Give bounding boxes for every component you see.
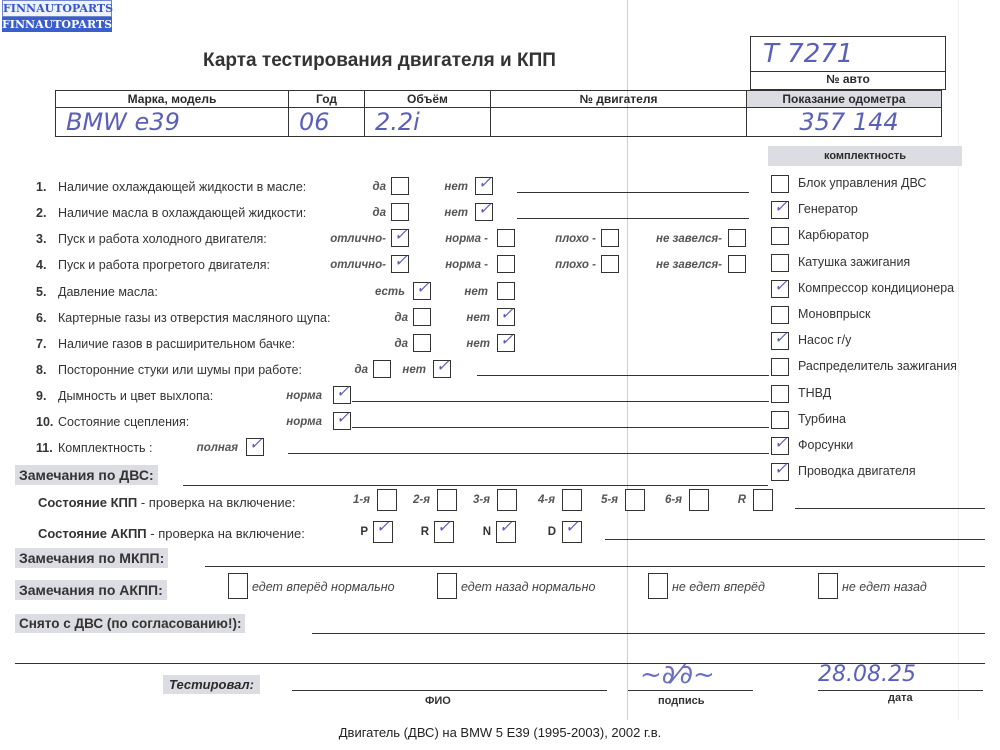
question-number: 8. (36, 363, 58, 377)
option-label: нет (390, 207, 468, 219)
date-label: дата (888, 692, 913, 704)
gear-checkbox[interactable] (562, 489, 582, 511)
auto-number-box: Т 7271 № авто (750, 36, 946, 90)
question-text: 5.Давление масла: (36, 285, 158, 299)
mkpp-remarks-line[interactable] (205, 566, 985, 567)
option-checkbox[interactable]: ✓ (333, 386, 351, 404)
completeness-checkbox[interactable]: ✓ (771, 201, 789, 219)
notes-line[interactable] (477, 375, 769, 376)
gear-label: P (330, 526, 368, 538)
check-mark-icon: ✓ (499, 517, 512, 537)
option-checkbox[interactable] (728, 255, 746, 273)
completeness-checkbox[interactable] (771, 411, 789, 429)
option-label: есть (327, 286, 405, 298)
check-mark-icon: ✓ (394, 251, 407, 271)
question-text: 4.Пуск и работа прогретого двигателя: (36, 258, 270, 272)
gear-checkbox[interactable] (625, 489, 645, 511)
akpp-option-checkbox[interactable] (648, 573, 668, 599)
question-text: 6.Картерные газы из отверстия масляного … (36, 311, 330, 325)
option-label: да (330, 312, 408, 324)
image-caption: Двигатель (ДВС) на BMW 5 E39 (1995-2003)… (0, 725, 1000, 740)
option-label: норма (244, 390, 322, 402)
question-label: Посторонние стуки или шумы при работе: (58, 363, 302, 377)
option-checkbox[interactable] (497, 282, 515, 300)
signature-mark: ~∂⁄∂~ (640, 660, 715, 690)
gear-checkbox[interactable]: ✓ (496, 521, 516, 543)
make-model-value: BMW e39 (56, 108, 289, 137)
option-label: нет (412, 338, 490, 350)
engine-number-value (491, 108, 747, 137)
tested-by-label: Тестировал: (163, 675, 260, 694)
vehicle-info-table: Марка, модель Год Объём № двигателя Пока… (55, 90, 942, 137)
check-mark-icon: ✓ (500, 304, 513, 324)
fio-label: ФИО (425, 695, 451, 707)
question-text: 8.Посторонние стуки или шумы при работе: (36, 363, 302, 377)
check-mark-icon: ✓ (336, 382, 349, 402)
option-checkbox[interactable]: ✓ (333, 412, 351, 430)
question-number: 10. (36, 415, 58, 429)
completeness-item-label: Турбина (798, 412, 846, 426)
option-label: отлично- (308, 259, 386, 271)
logo-line-1: FINNAUTOPARTS (2, 0, 112, 17)
gear-checkbox[interactable]: ✓ (562, 521, 582, 543)
question-number: 3. (36, 232, 58, 246)
odometer-value: 357 144 (747, 108, 942, 137)
gear-checkbox[interactable]: ✓ (373, 521, 393, 543)
completeness-item-label: ТНВД (798, 386, 831, 400)
question-number: 4. (36, 258, 58, 272)
option-checkbox[interactable]: ✓ (497, 308, 515, 326)
akpp-option-checkbox[interactable] (437, 573, 457, 599)
question-label: Наличие газов в расширительном бачке: (58, 337, 295, 351)
completeness-item-label: Катушка зажигания (798, 255, 910, 269)
question-number: 2. (36, 206, 58, 220)
option-checkbox[interactable]: ✓ (497, 334, 515, 352)
check-mark-icon: ✓ (565, 517, 578, 537)
watermark-logo: FINNAUTOPARTS FINNAUTOPARTS (2, 0, 112, 32)
logo-line-2: FINNAUTOPARTS (2, 17, 112, 32)
check-mark-icon: ✓ (774, 459, 787, 479)
col-header-volume: Объём (365, 91, 491, 108)
option-checkbox[interactable]: ✓ (246, 438, 264, 456)
question-text: 11.Комплектность : (36, 441, 152, 455)
gear-label: 6-я (644, 494, 682, 506)
question-text: 7.Наличие газов в расширительном бачке: (36, 337, 295, 351)
question-number: 5. (36, 285, 58, 299)
option-checkbox[interactable] (497, 255, 515, 273)
completeness-item-label: Моновпрыск (798, 307, 870, 321)
akpp-option-label: едет вперёд нормально (252, 580, 395, 594)
auto-number-label: № авто (751, 71, 945, 89)
option-label: полная (160, 442, 238, 454)
check-mark-icon: ✓ (478, 173, 491, 193)
option-label: плохо - (518, 233, 596, 245)
completeness-item-label: Проводка двигателя (798, 464, 916, 478)
question-number: 1. (36, 180, 58, 194)
check-mark-icon: ✓ (336, 408, 349, 428)
completeness-checkbox[interactable]: ✓ (771, 280, 789, 298)
option-checkbox[interactable]: ✓ (391, 255, 409, 273)
removed-from-engine-label: Снято с ДВС (по согласованию!): (15, 614, 245, 633)
option-checkbox[interactable] (497, 229, 515, 247)
auto-number-value: Т 7271 (763, 39, 853, 69)
option-label: да (308, 207, 386, 219)
question-label: Давление масла: (58, 285, 158, 299)
question-label: Комплектность : (58, 441, 152, 455)
akpp-option-checkbox[interactable] (228, 573, 248, 599)
option-checkbox[interactable] (601, 255, 619, 273)
check-mark-icon: ✓ (478, 199, 491, 219)
check-mark-icon: ✓ (774, 328, 787, 348)
completeness-item-label: Форсунки (798, 438, 853, 452)
option-label: не завелся- (644, 259, 722, 271)
question-text: 1.Наличие охлаждающей жидкости в масле: (36, 180, 306, 194)
question-text: 2.Наличие масла в охлаждающей жидкости: (36, 206, 306, 220)
option-label: да (308, 181, 386, 193)
option-label: норма - (410, 259, 488, 271)
completeness-checkbox[interactable]: ✓ (771, 437, 789, 455)
completeness-checkbox[interactable] (771, 358, 789, 376)
question-number: 6. (36, 311, 58, 325)
question-text: 3.Пуск и работа холодного двигателя: (36, 232, 267, 246)
option-checkbox[interactable]: ✓ (391, 229, 409, 247)
gear-label: R (391, 526, 429, 538)
option-checkbox[interactable]: ✓ (433, 360, 451, 378)
gear-label: 5-я (580, 494, 618, 506)
completeness-item-label: Компрессор кондиционера (798, 281, 954, 295)
completeness-checkbox[interactable]: ✓ (771, 463, 789, 481)
akpp-option-label: не едет назад (842, 580, 927, 594)
gear-label: 3-я (452, 494, 490, 506)
option-label: нет (412, 312, 490, 324)
notes-line[interactable] (517, 218, 749, 219)
year-value: 06 (289, 108, 365, 137)
gear-checkbox[interactable] (497, 489, 517, 511)
completeness-checkbox[interactable] (771, 254, 789, 272)
gear-label: D (518, 526, 556, 538)
check-mark-icon: ✓ (774, 433, 787, 453)
question-text: 9.Дымность и цвет выхлопа: (36, 389, 213, 403)
fold-line (958, 0, 959, 720)
option-label: норма (244, 416, 322, 428)
option-checkbox[interactable]: ✓ (475, 203, 493, 221)
page-title: Карта тестирования двигателя и КПП (203, 50, 556, 72)
check-mark-icon: ✓ (774, 276, 787, 296)
check-mark-icon: ✓ (774, 197, 787, 217)
removed-from-engine-line[interactable] (312, 633, 985, 634)
option-label: да (330, 338, 408, 350)
question-label: Пуск и работа холодного двигателя: (58, 232, 267, 246)
question-label: Пуск и работа прогретого двигателя: (58, 258, 270, 272)
gear-label: R (708, 494, 746, 506)
engine-remarks-line[interactable] (183, 485, 768, 486)
question-text: 10.Состояние сцепления: (36, 415, 189, 429)
manual-gearbox-label: Состояние КПП - проверка на включение: (38, 495, 295, 510)
col-header-odometer: Показание одометра (747, 91, 942, 108)
gear-label: 2-я (392, 494, 430, 506)
question-label: Наличие охлаждающей жидкости в масле: (58, 180, 306, 194)
question-number: 9. (36, 389, 58, 403)
akpp-option-label: едет назад нормально (461, 580, 595, 594)
volume-value: 2.2i (365, 108, 491, 137)
col-header-make-model: Марка, модель (56, 91, 289, 108)
completeness-checkbox[interactable] (771, 175, 789, 193)
gear-checkbox[interactable] (753, 489, 773, 511)
gear-checkbox[interactable]: ✓ (434, 521, 454, 543)
date-line[interactable] (818, 690, 983, 691)
option-label: плохо - (518, 259, 596, 271)
option-checkbox[interactable] (601, 229, 619, 247)
completeness-item-label: Распределитель зажигания (798, 359, 957, 373)
completeness-item-label: Насос г/у (798, 333, 851, 347)
option-label: отлично- (308, 233, 386, 245)
manual-gearbox-notes-line[interactable] (795, 508, 985, 509)
completeness-checkbox[interactable] (771, 306, 789, 324)
engine-remarks-label: Замечания по ДВС: (15, 465, 158, 485)
gear-checkbox[interactable] (689, 489, 709, 511)
option-label: нет (390, 181, 468, 193)
akpp-remarks-label: Замечания по АКПП: (15, 580, 167, 600)
option-label: норма - (410, 233, 488, 245)
check-mark-icon: ✓ (249, 434, 262, 454)
gear-label: 1-я (332, 494, 370, 506)
notes-line[interactable] (288, 453, 769, 454)
completeness-item-label: Генератор (798, 202, 858, 216)
gear-label: 4-я (517, 494, 555, 506)
gear-label: N (453, 526, 491, 538)
fio-line[interactable] (292, 690, 607, 691)
question-label: Дымность и цвет выхлопа: (58, 389, 213, 403)
completeness-checkbox[interactable]: ✓ (771, 332, 789, 350)
question-label: Наличие масла в охлаждающей жидкости: (58, 206, 306, 220)
option-checkbox[interactable]: ✓ (475, 177, 493, 195)
mkpp-remarks-label: Замечания по МКПП: (15, 548, 168, 568)
question-label: Состояние сцепления: (58, 415, 189, 429)
question-number: 11. (36, 441, 58, 455)
completeness-checkbox[interactable] (771, 227, 789, 245)
completeness-item-label: Блок управления ДВС (798, 176, 926, 190)
check-mark-icon: ✓ (394, 225, 407, 245)
notes-line[interactable] (352, 427, 769, 428)
check-mark-icon: ✓ (376, 517, 389, 537)
completeness-heading: комплектность (768, 146, 962, 166)
completeness-checkbox[interactable] (771, 385, 789, 403)
question-number: 7. (36, 337, 58, 351)
completeness-item-label: Карбюратор (798, 228, 869, 242)
auto-gearbox-label: Состояние АКПП - проверка на включение: (38, 526, 305, 541)
col-header-year: Год (289, 91, 365, 108)
check-mark-icon: ✓ (436, 356, 449, 376)
option-label: не завелся- (644, 233, 722, 245)
signature-label: подпись (658, 695, 705, 707)
akpp-option-label: не едет вперёд (672, 580, 765, 594)
option-checkbox[interactable] (728, 229, 746, 247)
notes-line[interactable] (517, 192, 749, 193)
akpp-option-checkbox[interactable] (818, 573, 838, 599)
option-label: нет (348, 364, 426, 376)
date-value: 28.08.25 (818, 662, 916, 687)
option-label: нет (410, 286, 488, 298)
signature-line[interactable] (628, 690, 753, 691)
check-mark-icon: ✓ (500, 330, 513, 350)
col-header-engine-number: № двигателя (491, 91, 747, 108)
check-mark-icon: ✓ (437, 517, 450, 537)
question-label: Картерные газы из отверстия масляного щу… (58, 311, 330, 325)
notes-line[interactable] (352, 401, 769, 402)
auto-gearbox-notes-line[interactable] (605, 539, 985, 540)
